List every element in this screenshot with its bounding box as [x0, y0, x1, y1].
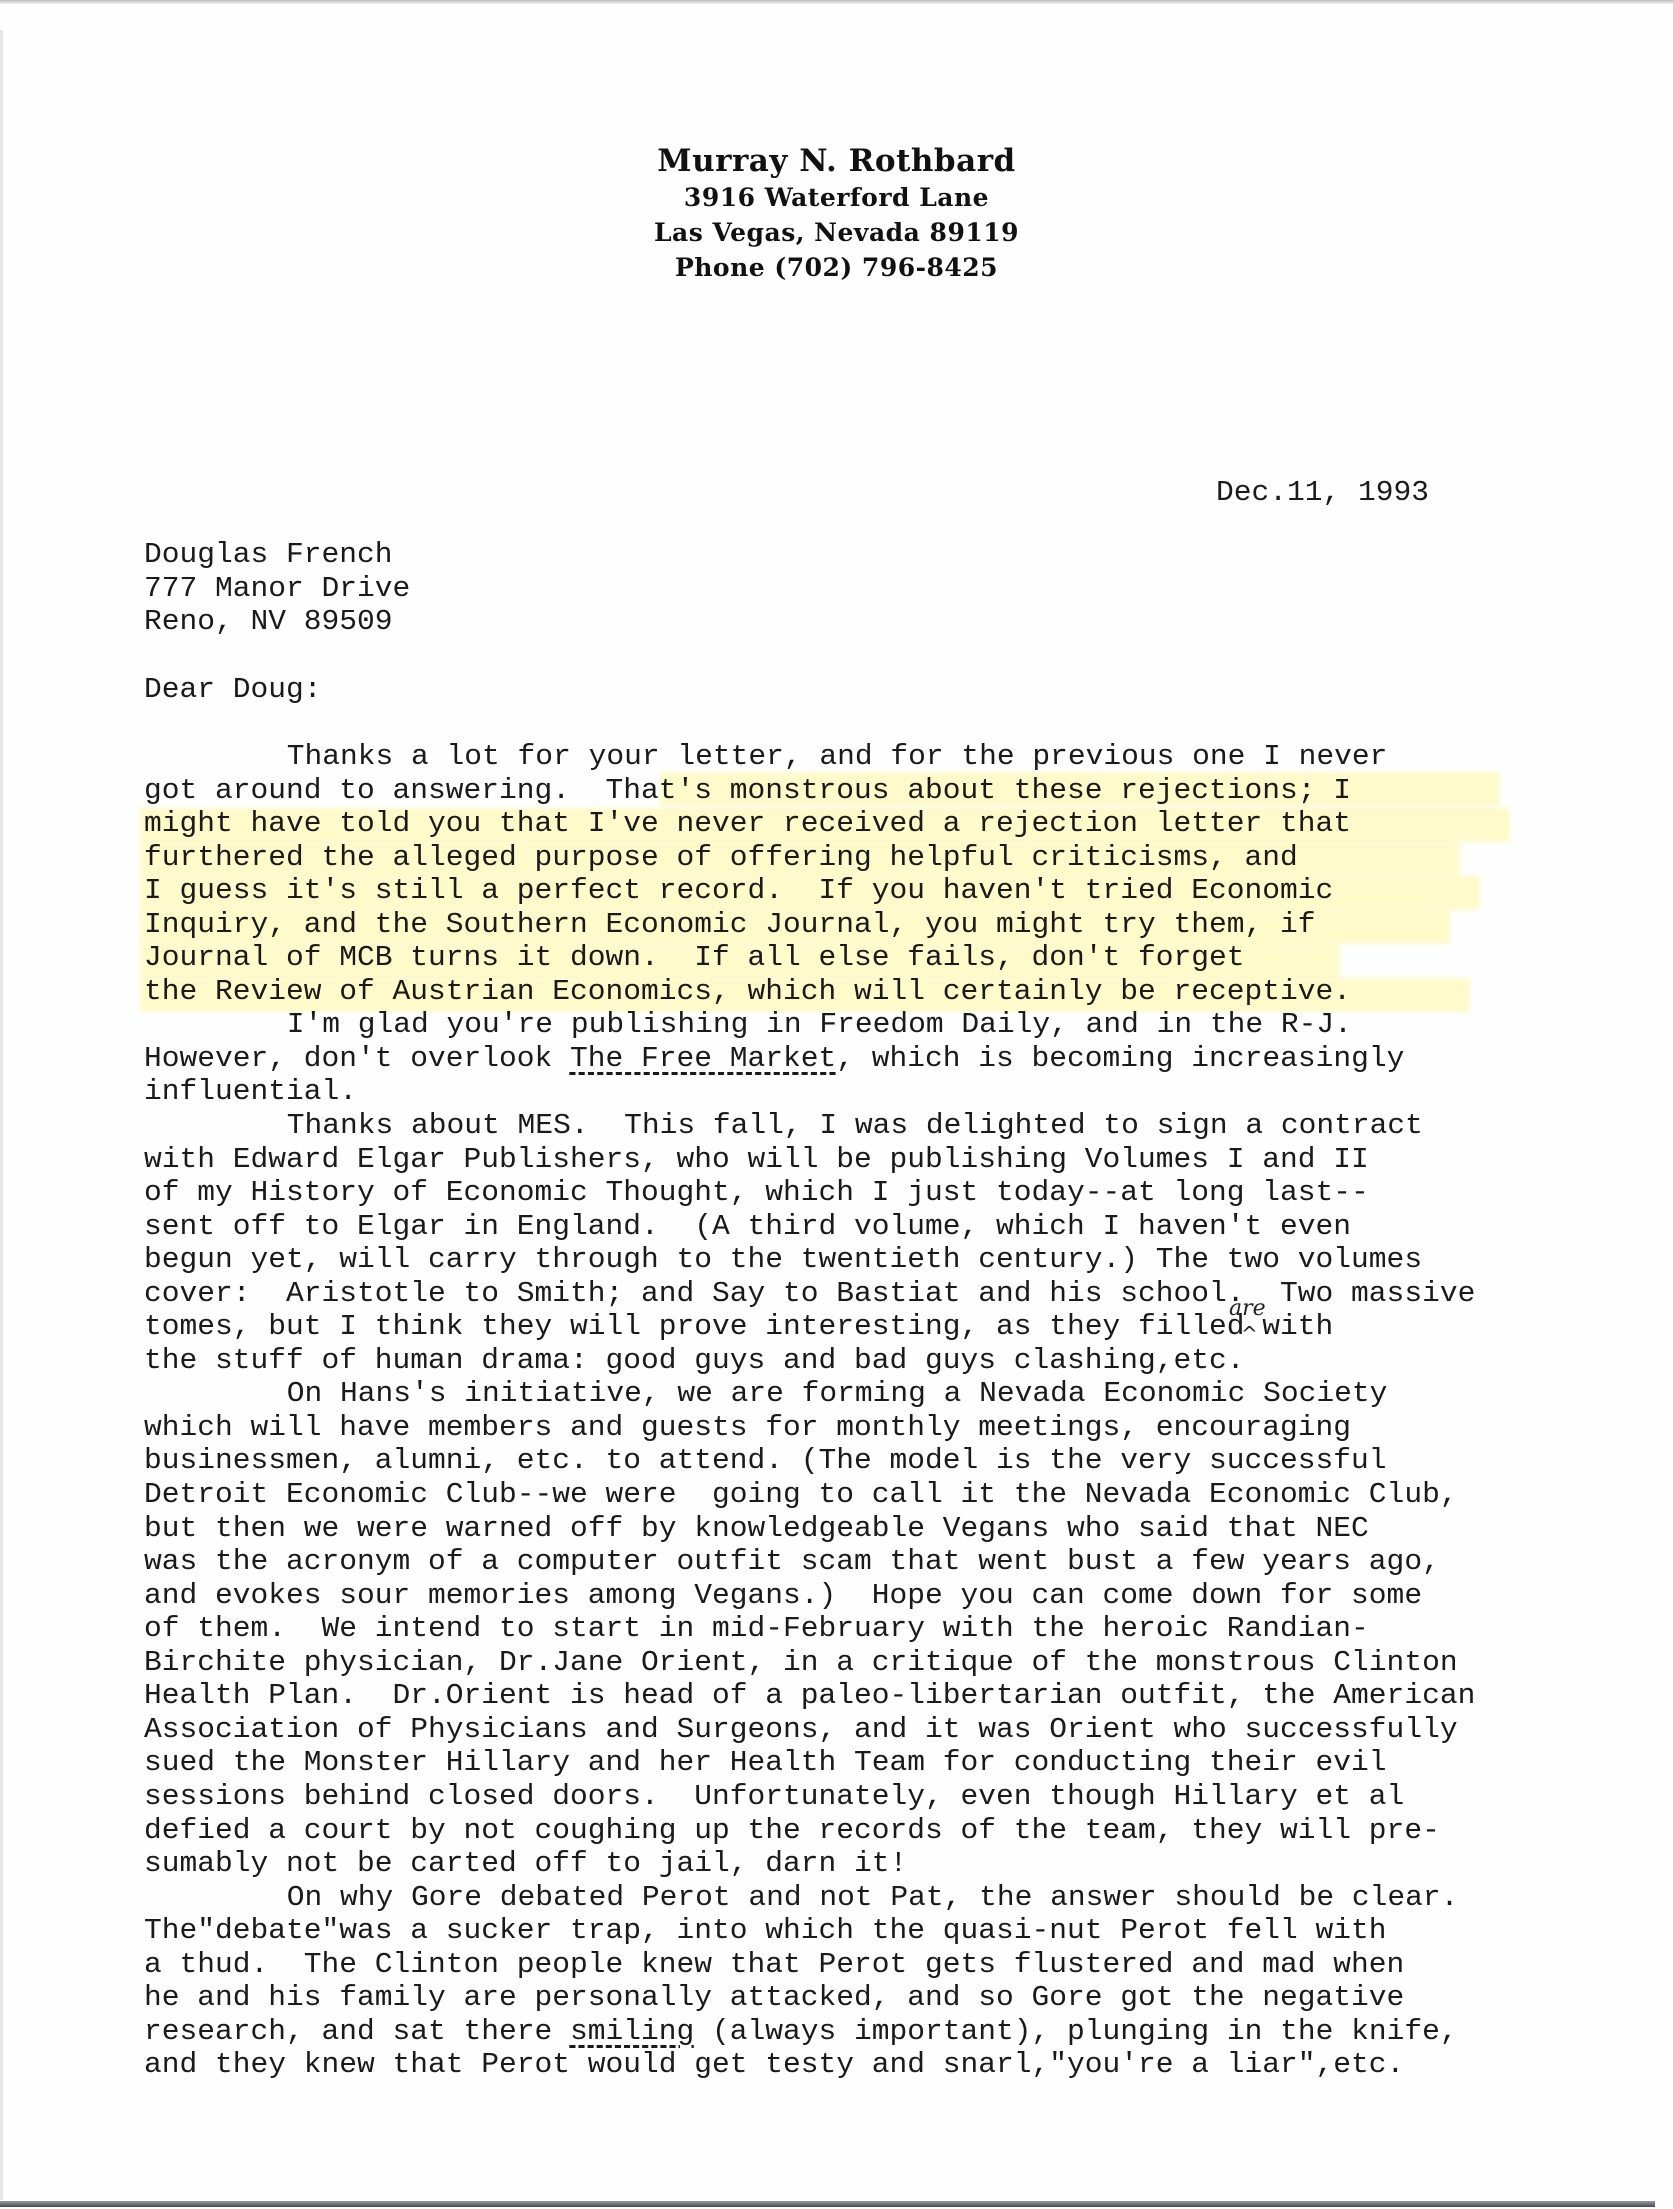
letter-line: Thanks about MES. This fall, I was delig…	[144, 1109, 1475, 1143]
letter-line: On Hans's initiative, we are forming a N…	[144, 1377, 1475, 1411]
letter-line: On why Gore debated Perot and not Pat, t…	[144, 1881, 1475, 1915]
letter-line: Thanks a lot for your letter, and for th…	[144, 740, 1475, 774]
sender-name: Murray N. Rothbard	[0, 142, 1673, 180]
letter-page: Murray N. Rothbard 3916 Waterford Lane L…	[0, 0, 1673, 2209]
salutation: Dear Doug:	[144, 673, 322, 707]
underlined-title: smiling	[570, 2015, 694, 2048]
letter-line: of my History of Economic Thought, which…	[144, 1176, 1475, 1210]
letter-line: Birchite physician, Dr.Jane Orient, in a…	[144, 1646, 1475, 1680]
letterhead: Murray N. Rothbard 3916 Waterford Lane L…	[0, 142, 1673, 285]
letter-line: he and his family are personally attacke…	[144, 1981, 1475, 2015]
caret-mark-icon: ^	[1241, 1322, 1258, 1346]
letter-line: sent off to Elgar in England. (A third v…	[144, 1210, 1475, 1244]
letter-line: sued the Monster Hillary and her Health …	[144, 1746, 1475, 1780]
letter-line: the stuff of human drama: good guys and …	[144, 1344, 1475, 1378]
sender-city: Las Vegas, Nevada 89119	[0, 215, 1673, 250]
letter-line: cover: Aristotle to Smith; and Say to Ba…	[144, 1277, 1475, 1311]
sender-phone: Phone (702) 796-8425	[0, 250, 1673, 285]
letter-line: with Edward Elgar Publishers, who will b…	[144, 1143, 1475, 1177]
letter-line: was the acronym of a computer outfit sca…	[144, 1545, 1475, 1579]
letter-line: I'm glad you're publishing in Freedom Da…	[144, 1008, 1475, 1042]
letter-line: influential.	[144, 1075, 1475, 1109]
letter-line: sumably not be carted off to jail, darn …	[144, 1847, 1475, 1881]
letter-line: might have told you that I've never rece…	[144, 807, 1475, 841]
letter-line: got around to answering. That's monstrou…	[144, 774, 1475, 808]
letter-line: Detroit Economic Club--we were going to …	[144, 1478, 1475, 1512]
recipient-street: 777 Manor Drive	[144, 572, 410, 605]
letter-line: begun yet, will carry through to the twe…	[144, 1243, 1475, 1277]
recipient-name: Douglas French	[144, 538, 393, 571]
letter-line: sessions behind closed doors. Unfortunat…	[144, 1780, 1475, 1814]
page-left-edge	[0, 30, 3, 2200]
letter-line: research, and sat there smiling (always …	[144, 2015, 1475, 2049]
recipient-city: Reno, NV 89509	[144, 605, 393, 638]
page-bottom-edge	[0, 2201, 1655, 2207]
letter-date: Dec.11, 1993	[1216, 476, 1429, 510]
letter-line: businessmen, alumni, etc. to attend. (Th…	[144, 1444, 1475, 1478]
letter-line: furthered the alleged purpose of offerin…	[144, 841, 1475, 875]
handwritten-insertion: are	[1229, 1296, 1266, 1321]
letter-line: Inquiry, and the Southern Economic Journ…	[144, 908, 1475, 942]
letter-line: a thud. The Clinton people knew that Per…	[144, 1948, 1475, 1982]
letter-line: and they knew that Perot would get testy…	[144, 2048, 1475, 2082]
page-top-edge	[0, 0, 1673, 4]
recipient-address: Douglas French 777 Manor Drive Reno, NV …	[144, 538, 410, 639]
underlined-title: The Free Market	[570, 1042, 836, 1075]
letter-line: but then we were warned off by knowledge…	[144, 1512, 1475, 1546]
letter-line: tomes, but I think they will prove inter…	[144, 1310, 1475, 1344]
letter-line: defied a court by not coughing up the re…	[144, 1814, 1475, 1848]
letter-line: Journal of MCB turns it down. If all els…	[144, 941, 1475, 975]
letter-line: Association of Physicians and Surgeons, …	[144, 1713, 1475, 1747]
letter-line: Health Plan. Dr.Orient is head of a pale…	[144, 1679, 1475, 1713]
letter-line: the Review of Austrian Economics, which …	[144, 975, 1475, 1009]
sender-street: 3916 Waterford Lane	[0, 180, 1673, 215]
letter-line: and evokes sour memories among Vegans.) …	[144, 1579, 1475, 1613]
letter-line: I guess it's still a perfect record. If …	[144, 874, 1475, 908]
letter-body: Thanks a lot for your letter, and for th…	[144, 740, 1475, 2082]
letter-line: of them. We intend to start in mid-Febru…	[144, 1612, 1475, 1646]
letter-line: which will have members and guests for m…	[144, 1411, 1475, 1445]
letter-line: However, don't overlook The Free Market,…	[144, 1042, 1475, 1076]
letter-line: The"debate"was a sucker trap, into which…	[144, 1914, 1475, 1948]
